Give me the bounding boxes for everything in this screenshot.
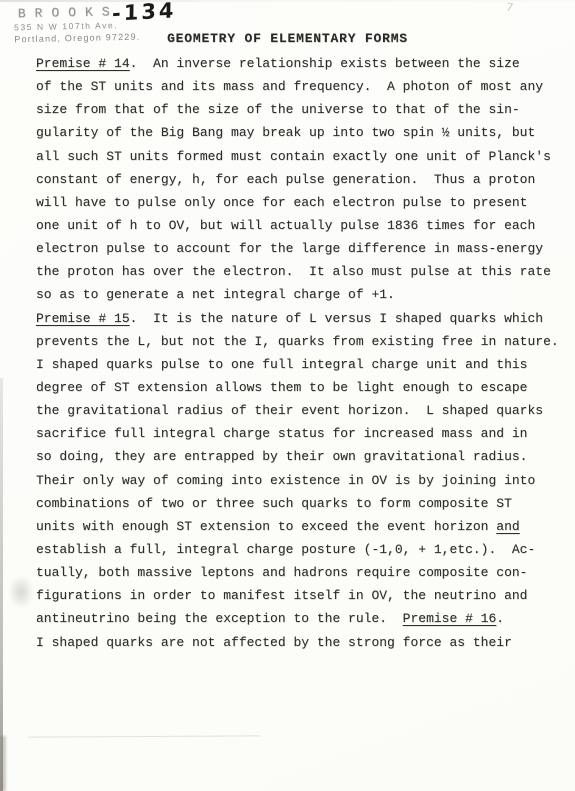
- pencil-corner-mark: 7: [505, 0, 515, 14]
- text-line: the gravitational radius of their event …: [36, 403, 566, 426]
- text-line: I shaped quarks are not affected by the …: [36, 635, 566, 658]
- handwritten-annotation: -134: [112, 0, 177, 26]
- text-line: antineutrino being the exception to the …: [36, 611, 566, 634]
- scan-edge-left: [0, 378, 3, 791]
- scan-edge-top: [0, 0, 575, 2]
- text-line: the proton has over the electron. It als…: [36, 264, 566, 287]
- text-line: prevents the L, but not the I, quarks fr…: [36, 334, 566, 357]
- paper-crease: [28, 735, 260, 737]
- text-line: gularity of the Big Bang may break up in…: [36, 125, 566, 148]
- text-line: Premise # 15. It is the nature of L vers…: [36, 311, 566, 334]
- scanned-page: BROOKS 535 N W 107th Ave. Portland, Oreg…: [0, 0, 575, 791]
- text-line: combinations of two or three such quarks…: [36, 496, 566, 519]
- text-line: Premise # 14. An inverse relationship ex…: [36, 56, 566, 79]
- text-line: size from that of the size of the univer…: [36, 102, 566, 125]
- text-line: degree of ST extension allows them to be…: [36, 380, 566, 403]
- text-line: sacrifice full integral charge status fo…: [36, 426, 566, 449]
- text-line: tually, both massive leptons and hadrons…: [36, 565, 566, 588]
- text-line: electron pulse to account for the large …: [36, 241, 566, 264]
- text-line: so doing, they are entrapped by their ow…: [36, 449, 566, 472]
- text-line: establish a full, integral charge postur…: [36, 542, 566, 565]
- text-line: figurations in order to manifest itself …: [36, 588, 566, 611]
- margin-smudge: [8, 575, 34, 609]
- text-line: so as to generate a net integral charge …: [36, 287, 566, 310]
- text-line: all such ST units formed must contain ex…: [36, 149, 566, 172]
- text-line: Their only way of coming into existence …: [36, 473, 566, 496]
- text-line: will have to pulse only once for each el…: [36, 195, 566, 218]
- body-lines: Premise # 14. An inverse relationship ex…: [36, 56, 566, 658]
- text-line: I shaped quarks pulse to one full integr…: [36, 357, 566, 380]
- text-line: of the ST units and its mass and frequen…: [36, 79, 566, 102]
- page-title: GEOMETRY OF ELEMENTARY FORMS: [0, 31, 575, 46]
- text-line: units with enough ST extension to exceed…: [36, 519, 566, 542]
- text-line: constant of energy, h, for each pulse ge…: [36, 172, 566, 195]
- scan-shadow-bottom-left: [0, 736, 6, 791]
- text-line: one unit of h to OV, but will actually p…: [36, 218, 566, 241]
